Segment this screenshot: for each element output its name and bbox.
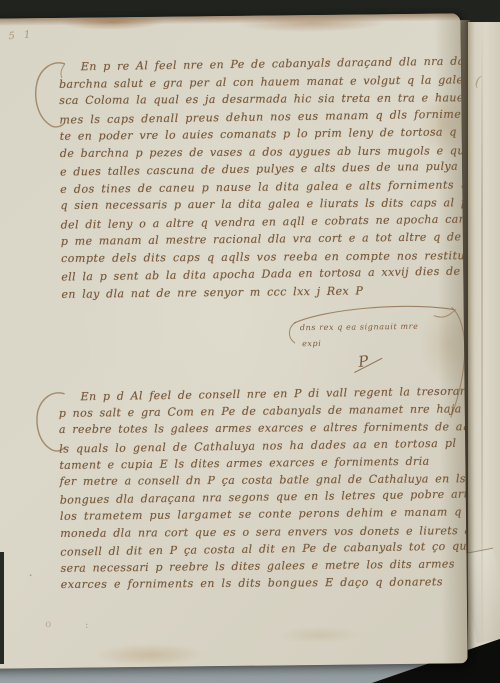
paragraph-1: En p re Al feel nre en Pe de cabanyals d…: [59, 53, 458, 302]
stray-ring-mark: o: [45, 619, 51, 630]
note-text-line-1: dns rex q ea signauit mre: [300, 322, 419, 332]
facing-page-edge: (: [468, 22, 500, 654]
book-cover-edge: [0, 552, 4, 664]
facing-page-pen-mark: (: [474, 74, 482, 91]
note-text-line-2: expi: [302, 339, 321, 348]
stray-colon-mark: :: [85, 621, 88, 631]
manuscript-photo: ( 5 1 En p re Al feel nre en Pe de caban…: [0, 0, 500, 683]
rubric-flourish: P: [357, 352, 369, 371]
text-line: exarces e forniments en ls dits bongues …: [61, 573, 461, 593]
folio-mark: 5 1: [8, 29, 34, 42]
paragraph-2: En p d Al feel de consell nre en P di va…: [59, 383, 461, 594]
manuscript-page: 5 1 En p re Al feel nre en Pe de cabanya…: [0, 13, 468, 668]
